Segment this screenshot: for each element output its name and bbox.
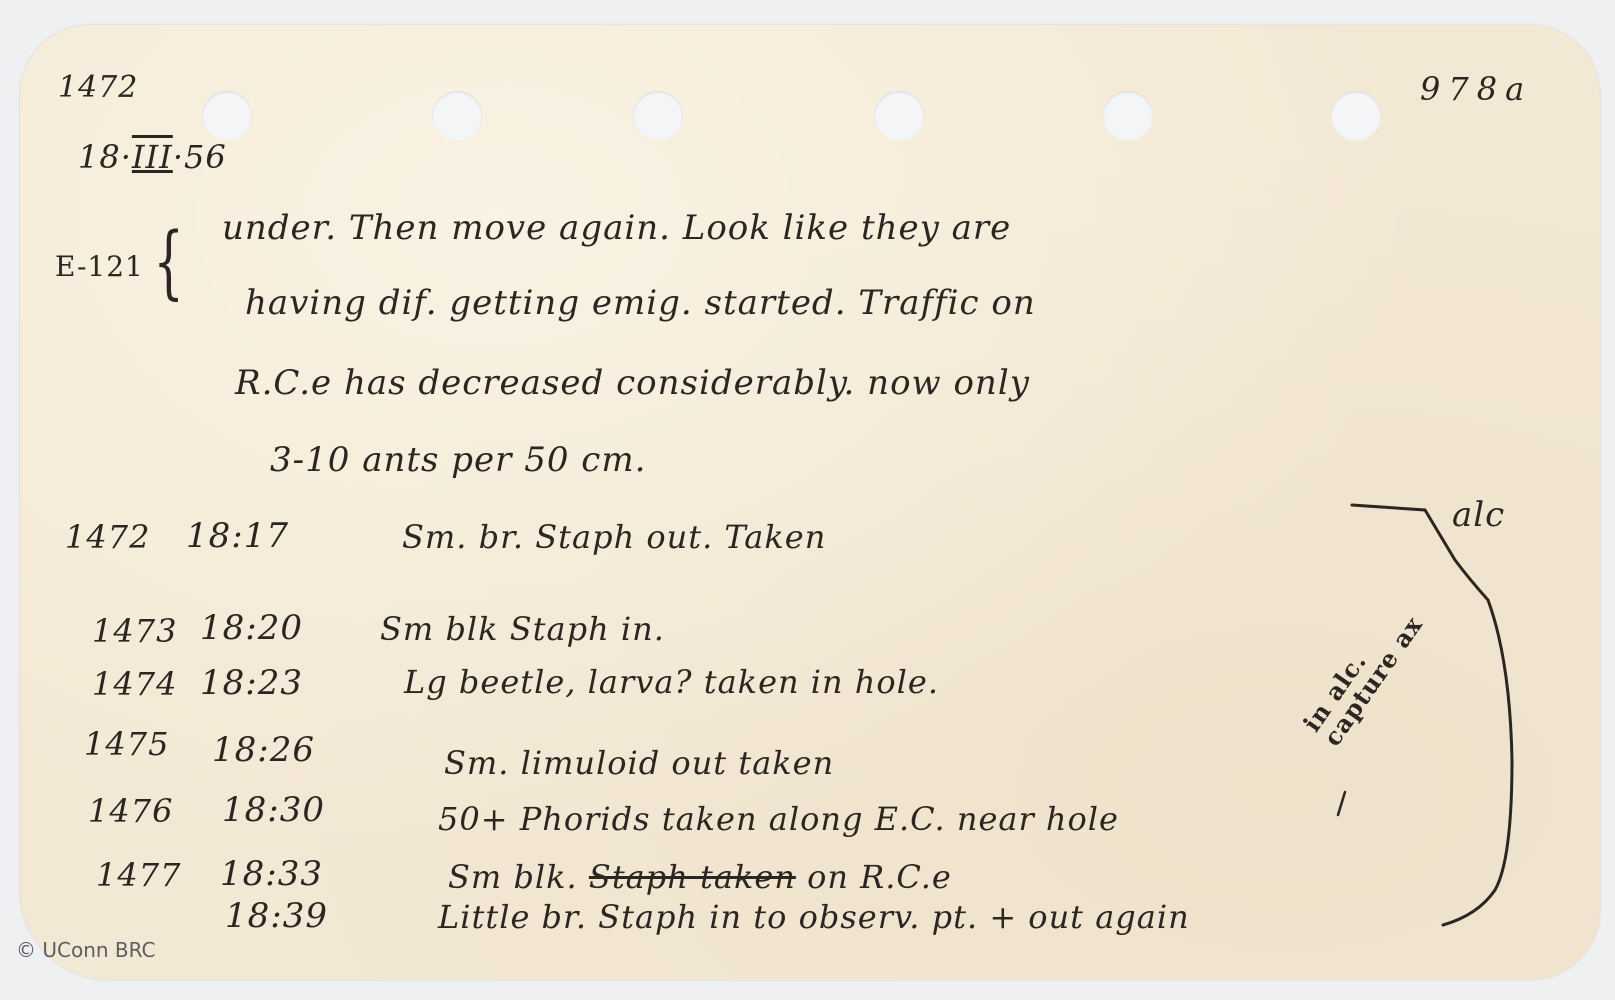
paragraph-line: 3-10 ants per 50 cm. bbox=[270, 440, 646, 480]
log-time: 18:23 bbox=[200, 663, 303, 703]
date: 18·III·56 bbox=[78, 138, 227, 176]
paragraph-line: under. Then move again. Look like they a… bbox=[222, 208, 1011, 248]
log-note: Sm blk Staph in. bbox=[380, 610, 665, 648]
paragraph-line: having dif. getting emig. started. Traff… bbox=[245, 283, 1036, 323]
card-number-right: 978a bbox=[1420, 70, 1532, 108]
log-number: 1472 bbox=[65, 518, 150, 556]
log-number: 1475 bbox=[84, 725, 169, 763]
punch-hole bbox=[1331, 91, 1381, 141]
paragraph-line: R.C.e has decreased considerably. now on… bbox=[235, 363, 1030, 403]
log-time: 18:30 bbox=[222, 790, 325, 830]
log-note-struck: Staph taken bbox=[589, 858, 796, 896]
log-number: 1477 bbox=[96, 856, 181, 894]
punch-hole bbox=[1103, 91, 1153, 141]
log-note: 50+ Phorids taken along E.C. near hole bbox=[438, 800, 1119, 838]
date-year: 56 bbox=[184, 138, 227, 176]
date-month: III bbox=[132, 138, 173, 176]
experiment-label: E-121 bbox=[55, 250, 144, 283]
log-note: Sm blk. Staph taken on R.C.e bbox=[448, 858, 952, 896]
date-day: 18 bbox=[78, 138, 121, 176]
log-time: 18:33 bbox=[220, 854, 323, 894]
log-time: 18:26 bbox=[212, 730, 315, 770]
log-note-suffix: on R.C.e bbox=[796, 858, 952, 896]
brace-icon: { bbox=[153, 222, 184, 302]
punch-hole bbox=[633, 91, 683, 141]
log-number: 1473 bbox=[92, 612, 177, 650]
log-time: 18:39 bbox=[225, 896, 328, 936]
card-number-left: 1472 bbox=[58, 70, 138, 105]
log-number: 1474 bbox=[92, 665, 177, 703]
log-note: Little br. Staph in to observ. pt. + out… bbox=[438, 898, 1190, 936]
punch-hole bbox=[874, 91, 924, 141]
log-note: Sm. limuloid out taken bbox=[444, 744, 834, 782]
log-time: 18:20 bbox=[200, 608, 303, 648]
copyright-watermark: © UConn BRC bbox=[16, 938, 156, 962]
log-note: Lg beetle, larva? taken in hole. bbox=[404, 663, 939, 701]
punch-hole bbox=[202, 91, 252, 141]
log-number: 1476 bbox=[88, 792, 173, 830]
log-note-prefix: Sm blk. bbox=[448, 858, 589, 896]
punch-hole bbox=[432, 91, 482, 141]
margin-note-alc: alc bbox=[1452, 495, 1505, 535]
log-note: Sm. br. Staph out. Taken bbox=[402, 518, 826, 556]
log-time: 18:17 bbox=[186, 516, 289, 556]
